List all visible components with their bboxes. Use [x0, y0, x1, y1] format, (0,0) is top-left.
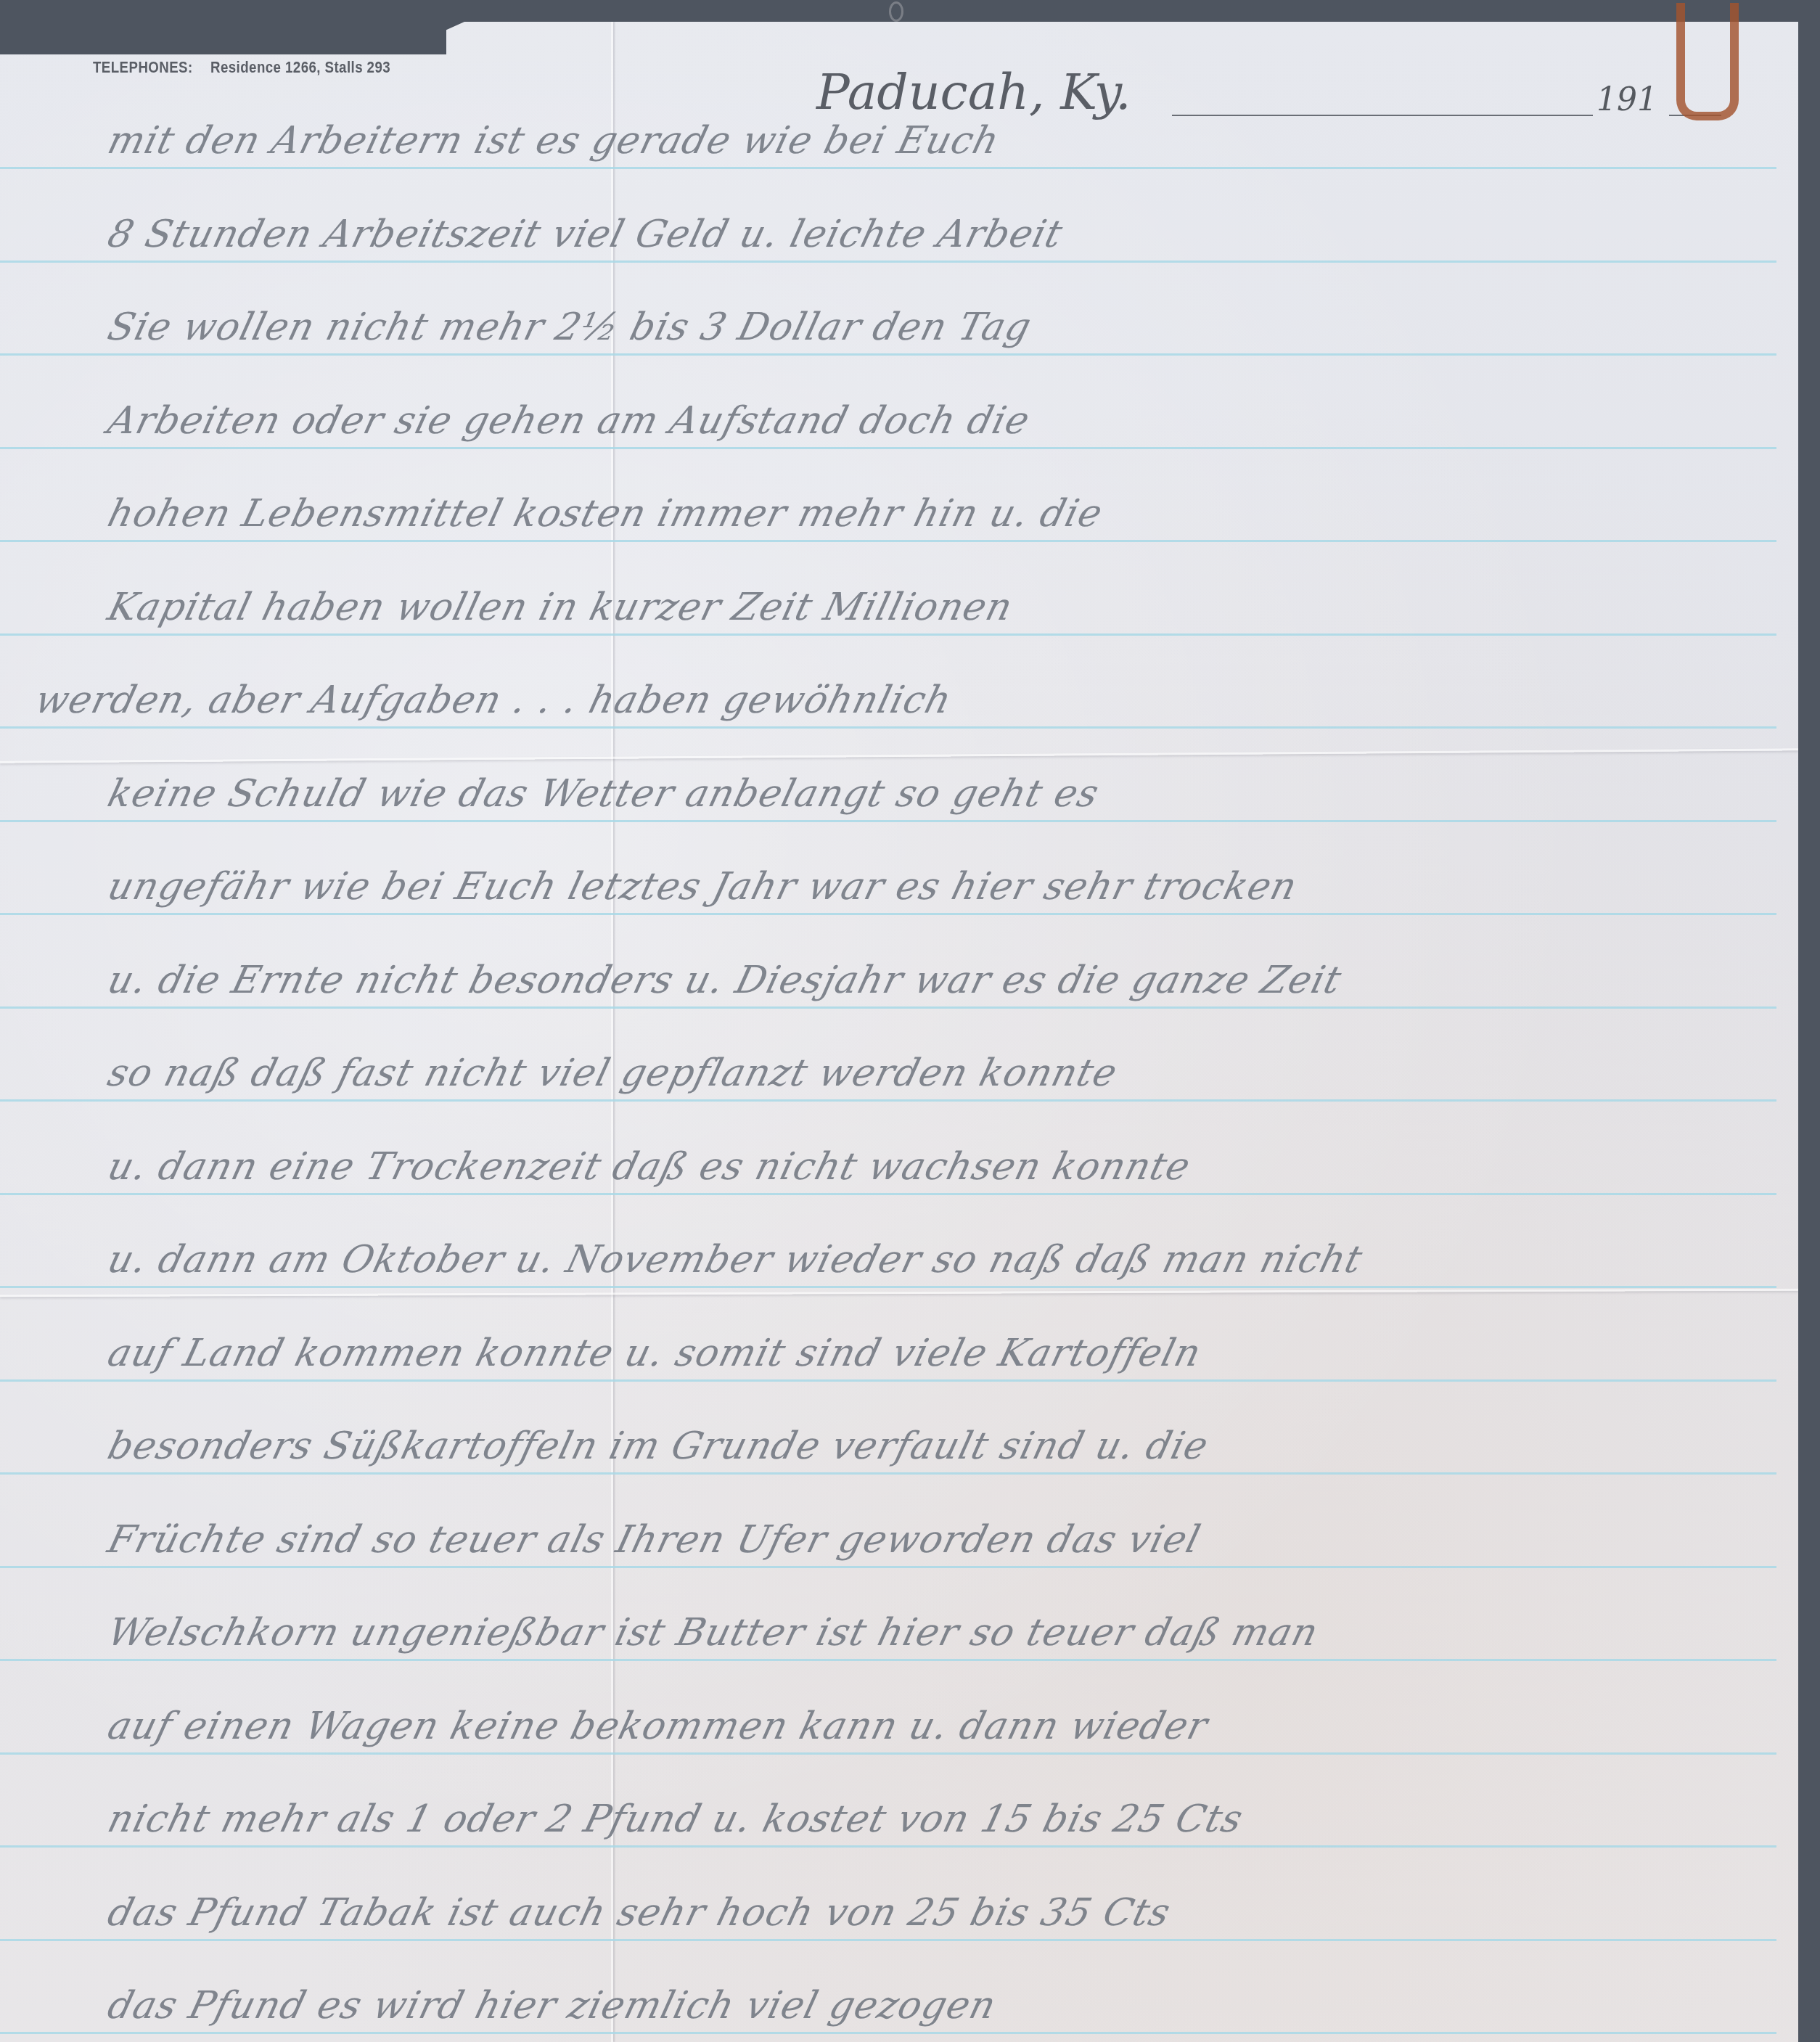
handwritten-line: das Pfund Tabak ist auch sehr hoch von 2… [104, 1891, 1804, 1935]
horizontal-fold-line [0, 748, 1798, 763]
handwritten-line: besonders Süßkartoffeln im Grunde verfau… [104, 1424, 1804, 1468]
horizontal-fold-line [0, 1289, 1798, 1297]
handwritten-line: Sie wollen nicht mehr 2½ bis 3 Dollar de… [104, 306, 1804, 349]
handwritten-line: Welschkorn ungenießbar ist Butter ist hi… [104, 1611, 1804, 1654]
date-blank-line [1172, 115, 1593, 116]
scan-background [0, 0, 446, 54]
handwritten-line: Früchte sind so teuer als Ihren Ufer gew… [104, 1518, 1804, 1562]
handwritten-line: Kapital haben wollen in kurzer Zeit Mill… [104, 586, 1804, 629]
ruled-line [0, 726, 1776, 729]
handwritten-line: mit den Arbeitern ist es gerade wie bei … [104, 119, 1804, 163]
ruled-line [0, 1845, 1776, 1848]
handwritten-line: so naß daß fast nicht viel gepflanzt wer… [104, 1051, 1804, 1095]
letterhead-year-prefix: 191 [1596, 81, 1657, 118]
handwritten-line: u. dann eine Trockenzeit daß es nicht wa… [104, 1145, 1804, 1189]
ruled-line [0, 2032, 1776, 2034]
ruled-line [0, 353, 1776, 356]
handwritten-line: keine Schuld wie das Wetter anbelangt so… [104, 772, 1804, 816]
ruled-line [0, 1099, 1776, 1102]
ruled-line [0, 1379, 1776, 1382]
ruled-line [0, 1752, 1776, 1755]
ruled-line [0, 633, 1776, 636]
ruled-line [0, 1193, 1776, 1195]
ruled-line [0, 820, 1776, 822]
ruled-line [0, 913, 1776, 915]
ruled-line [0, 1472, 1776, 1475]
ruled-line [0, 261, 1776, 263]
ruled-line [0, 1939, 1776, 1941]
handwritten-line: 8 Stunden Arbeitszeit viel Geld u. leich… [104, 213, 1804, 256]
ruled-line [0, 1566, 1776, 1568]
ruled-line [0, 1659, 1776, 1661]
telephones-header: TELEPHONES: Residence 1266, Stalls 293 [93, 58, 390, 77]
letter-sheet: mit den Arbeitern ist es gerade wie bei … [0, 22, 1798, 2042]
handwritten-line: hohen Lebensmittel kosten immer mehr hin… [104, 492, 1804, 536]
ruled-line [0, 447, 1776, 449]
handwritten-line: werden, aber Aufgaben . . . haben gewöhn… [31, 678, 1804, 722]
ruled-line [0, 1286, 1776, 1288]
ruled-line [0, 167, 1776, 169]
ruled-line [0, 540, 1776, 542]
handwritten-line: Arbeiten oder sie gehen am Aufstand doch… [104, 399, 1804, 443]
handwritten-line: u. dann am Oktober u. November wieder so… [104, 1238, 1804, 1282]
handwritten-line: nicht mehr als 1 oder 2 Pfund u. kostet … [104, 1797, 1804, 1841]
handwritten-line: das Pfund es wird hier ziemlich viel gez… [104, 1984, 1804, 2027]
letterhead-place: Paducah, Ky. [816, 64, 1131, 121]
telephones-value: Residence 1266, Stalls 293 [210, 58, 390, 76]
pin-hole-icon [889, 1, 903, 22]
ruled-line [0, 1006, 1776, 1009]
handwritten-line: ungefähr wie bei Euch letztes Jahr war e… [104, 865, 1804, 909]
red-ink-mark [1676, 3, 1739, 120]
handwritten-line: u. die Ernte nicht besonders u. Diesjahr… [104, 959, 1804, 1002]
handwritten-line: auf einen Wagen keine bekommen kann u. d… [104, 1705, 1804, 1748]
handwritten-line: auf Land kommen konnte u. somit sind vie… [104, 1332, 1804, 1375]
telephones-label: TELEPHONES: [93, 58, 193, 76]
